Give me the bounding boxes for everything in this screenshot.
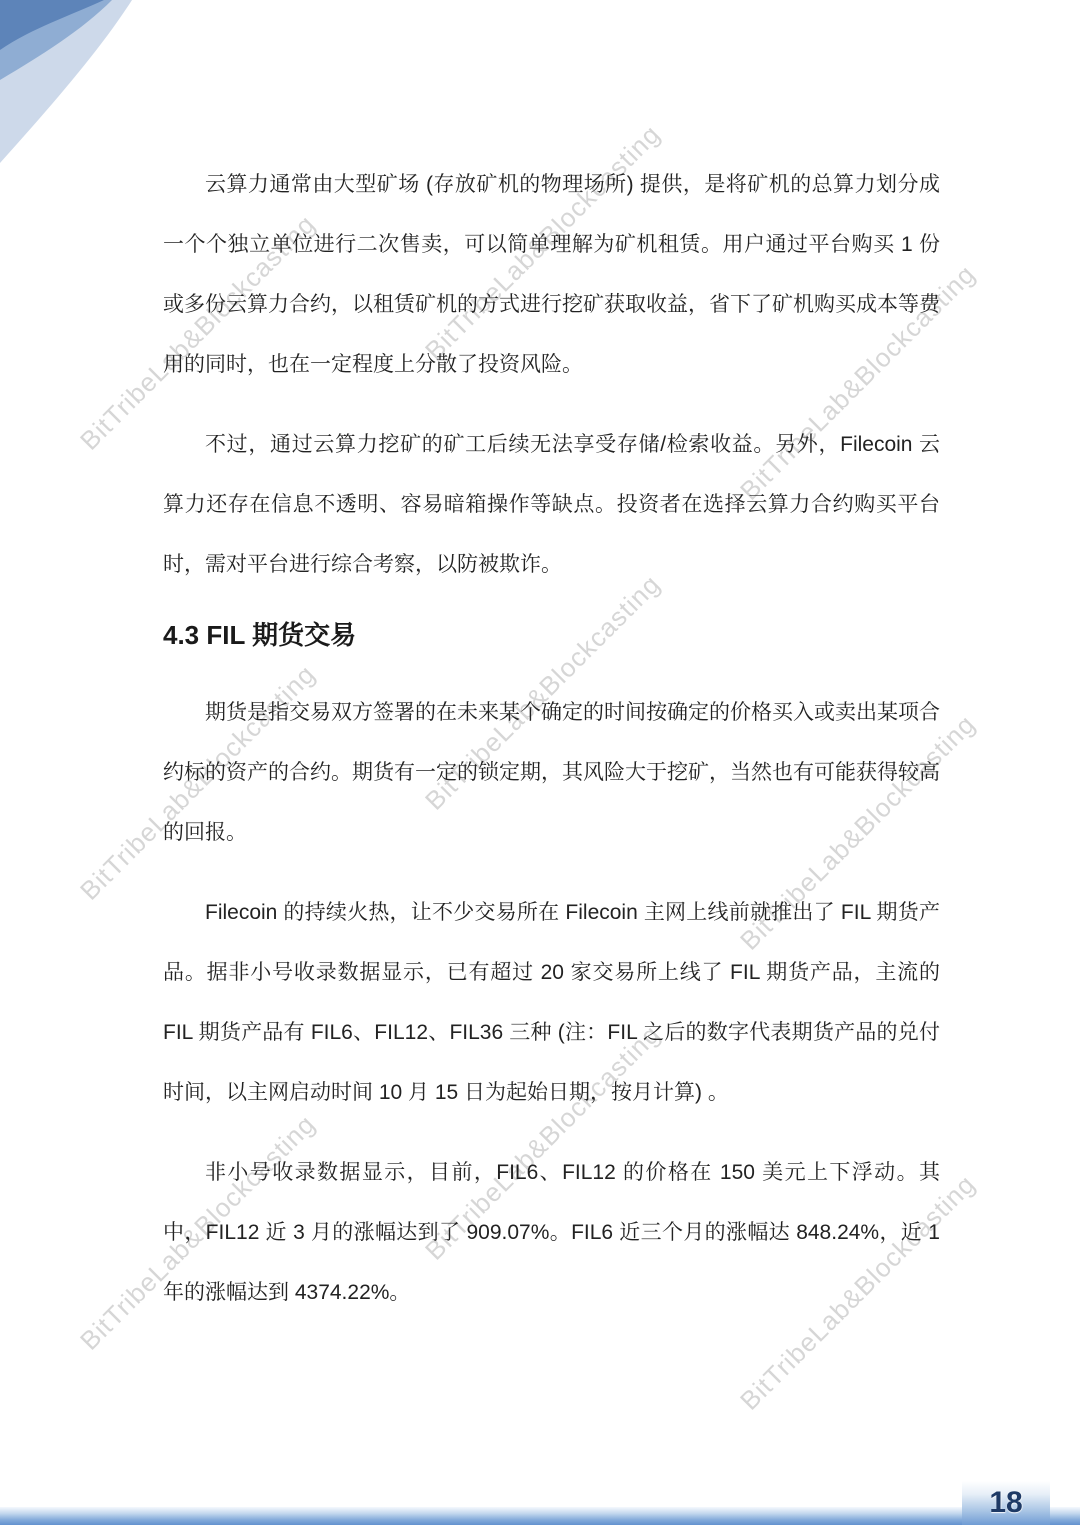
page-content: 云算力通常由大型矿场 (存放矿机的物理场所) 提供，是将矿机的总算力划分成一个个… (163, 155, 940, 1343)
section-heading: 4.3 FIL 期货交易 (163, 615, 940, 655)
footer-bar (0, 1507, 1080, 1525)
paragraph-futures-2: Filecoin 的持续火热，让不少交易所在 Filecoin 主网上线前就推出… (163, 883, 940, 1123)
corner-swoosh-decoration (0, 0, 300, 170)
document-page: BitTribeLab&Blockcasting BitTribeLab&Blo… (0, 0, 1080, 1525)
paragraph-cloud-power-1: 云算力通常由大型矿场 (存放矿机的物理场所) 提供，是将矿机的总算力划分成一个个… (163, 155, 940, 395)
paragraph-cloud-power-2: 不过，通过云算力挖矿的矿工后续无法享受存储/检索收益。另外，Filecoin 云… (163, 415, 940, 595)
paragraph-futures-1: 期货是指交易双方签署的在未来某个确定的时间按确定的价格买入或卖出某项合约标的资产… (163, 683, 940, 863)
page-number-box: 18 (962, 1481, 1050, 1525)
paragraph-futures-3: 非小号收录数据显示，目前，FIL6、FIL12 的价格在 150 美元上下浮动。… (163, 1143, 940, 1323)
page-number: 18 (989, 1486, 1022, 1520)
